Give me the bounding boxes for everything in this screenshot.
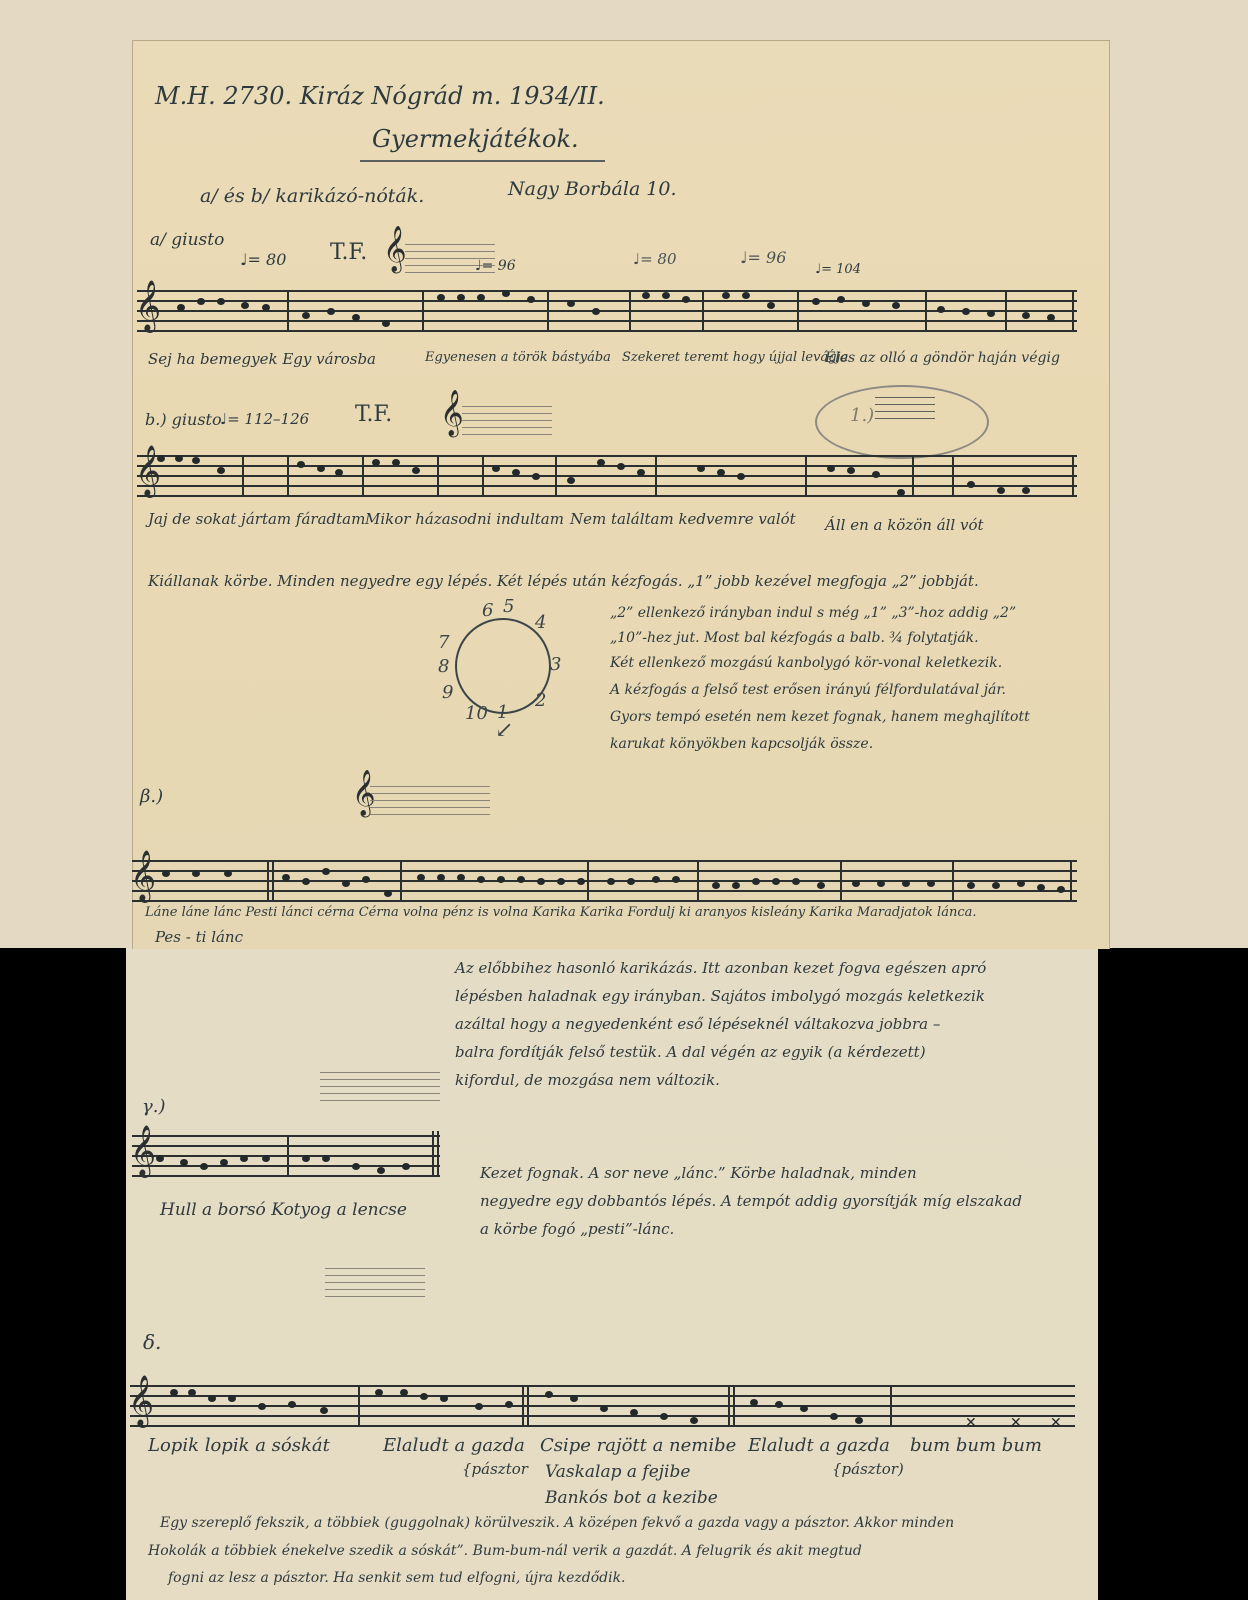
- song-b-lyric-1: Jaj de sokat jártam fáradtam: [148, 510, 365, 528]
- dance-description-3-line-1: Kezet fognak. A sor neve „lánc.” Körbe h…: [480, 1160, 917, 1187]
- song-b-lyric-2: Mikor házasodni indultam: [365, 510, 564, 528]
- footnote-staff: [875, 397, 935, 425]
- position-4: 4: [535, 612, 546, 633]
- song-a-lyric-3: Szekeret teremt hogy újjal levágja: [622, 350, 848, 365]
- dance-description-1-line-7: karukat könyökben kapcsolják össze.: [610, 731, 873, 758]
- subtitle: a/ és b/ karikázó-nóták.: [200, 185, 424, 207]
- song-b-tonality: T.F.: [355, 402, 392, 427]
- song-a-staff: 𝄞: [137, 290, 1077, 334]
- dance-description-3-line-3: a körbe fogó „pesti”-lánc.: [480, 1216, 674, 1243]
- song-e-lyric-3: Csipe rajött a nemibe: [540, 1435, 736, 1456]
- empty-staff-sketch: [325, 1268, 425, 1303]
- song-a-tonality: T.F.: [330, 240, 367, 265]
- song-e-lyric-1: Lopik lopik a sóskát: [148, 1435, 330, 1456]
- treble-clef-icon: 𝄞: [383, 226, 407, 272]
- song-e-staff: 𝄞 ✕ ✕ ✕: [130, 1385, 1075, 1429]
- dance-description-2-line-5: kifordul, de mozgása nem változik.: [455, 1067, 720, 1094]
- tonality-staff: [462, 406, 552, 441]
- dance-description-1-line-4: Két ellenkező mozgású kanbolygó kör-vona…: [610, 650, 1002, 677]
- song-c-label: β.): [140, 786, 163, 807]
- position-9: 9: [442, 682, 453, 703]
- position-5: 5: [503, 596, 514, 617]
- song-b-lyric-3: Nem találtam kedvemre valót: [570, 510, 796, 528]
- dance-description-4-line-3: fogni az lesz a pásztor. Ha senkit sem t…: [168, 1565, 626, 1592]
- song-b-tempo: ♩= 112–126: [220, 410, 309, 428]
- dance-description-2-line-1: Az előbbihez hasonló karikázás. Itt azon…: [455, 955, 986, 982]
- song-b-staff: 𝄞: [137, 455, 1077, 499]
- position-8: 8: [438, 656, 449, 677]
- treble-clef-icon: 𝄞: [440, 390, 464, 436]
- dance-description-4-line-1: Egy szereplő fekszik, a többiek (guggoln…: [160, 1510, 954, 1537]
- dance-description-4-line-2: Hokolák a többiek énekelve szedik a sósk…: [148, 1538, 862, 1565]
- position-7: 7: [438, 632, 449, 653]
- song-e-alt-lyric-1: {pásztor: [462, 1460, 528, 1478]
- dance-description-2-line-4: balra fordítják felső testük. A dal végé…: [455, 1039, 926, 1066]
- dance-description-1-line-3: „10”-hez jut. Most bal kézfogás a balb. …: [610, 625, 979, 652]
- dance-description-1-line-1: Kiállanak körbe. Minden negyedre egy lép…: [148, 568, 979, 595]
- song-e-alt-lyric-2: Vaskalap a fejibe: [545, 1462, 690, 1482]
- song-d-label: γ.): [142, 1096, 166, 1117]
- dance-description-1-line-6: Gyors tempó esetén nem kezet fognak, han…: [610, 704, 1030, 731]
- song-a-lyric-1: Sej ha bemegyek Egy városba: [148, 350, 376, 368]
- position-10: 10: [465, 703, 488, 724]
- song-a-lyric-4: Éles az olló a göndör haján végig: [825, 350, 1060, 366]
- position-3: 3: [550, 654, 561, 675]
- tempo-mark-4: ♩= 104: [815, 262, 861, 277]
- song-a-lyric-2: Egyenesen a török bástyába: [425, 350, 611, 365]
- dance-description-1-line-5: A kézfogás a felső test erősen irányú fé…: [610, 677, 1006, 704]
- empty-staff-sketch: [320, 1072, 440, 1107]
- footnote-mark: 1.): [850, 405, 874, 426]
- song-a-tempo: ♩= 80: [240, 250, 286, 269]
- tempo-mark-1: ♩= 96: [475, 258, 516, 274]
- song-d-staff: 𝄞: [132, 1135, 440, 1179]
- song-e-lyric-2: Elaludt a gazda: [383, 1435, 525, 1456]
- tempo-mark-3: ♩= 96: [740, 248, 786, 267]
- dance-description-1-line-2: „2” ellenkező irányban indul s még „1” „…: [610, 600, 1016, 627]
- song-e-alt-lyric-3: {pásztor): [832, 1460, 904, 1478]
- position-2: 2: [535, 690, 546, 711]
- song-d-lyrics: Hull a borsó Kotyog a lencse: [160, 1200, 407, 1220]
- position-6: 6: [482, 600, 493, 621]
- dance-description-2-line-3: azáltal hogy a negyedenként eső lépésekn…: [455, 1011, 940, 1038]
- song-e-lyric-5: bum bum bum: [910, 1435, 1042, 1456]
- direction-arrow-icon: ↙: [495, 718, 513, 743]
- informant-name: Nagy Borbála 10.: [508, 178, 677, 200]
- song-e-label: δ.: [143, 1330, 161, 1354]
- song-c-staff: 𝄞: [132, 860, 1077, 904]
- page-title: Gyermekjátékok.: [372, 125, 579, 153]
- dance-description-3-line-2: negyedre egy dobbantós lépés. A tempót a…: [480, 1188, 1022, 1215]
- title-underline: [360, 160, 605, 162]
- song-c-lyrics: Láne láne lánc Pesti lánci cérna Cérna v…: [145, 905, 977, 920]
- tonality-staff: [370, 786, 490, 821]
- song-e-third-lyric: Bankós bot a kezibe: [545, 1488, 718, 1508]
- song-b-lyric-4: Áll en a közön áll vót: [825, 516, 984, 534]
- song-e-lyric-4: Elaludt a gazda: [748, 1435, 890, 1456]
- catalog-reference: M.H. 2730. Kiráz Nógrád m. 1934/II.: [155, 82, 605, 110]
- tempo-mark-2: ♩= 80: [633, 250, 677, 268]
- song-b-label: b.) giusto: [145, 410, 222, 429]
- dance-description-2-line-2: lépésben haladnak egy irányban. Sajátos …: [455, 983, 985, 1010]
- song-c-lyrics-refrain: Pes - ti lánc: [155, 928, 243, 946]
- song-a-label: a/ giusto: [150, 230, 224, 250]
